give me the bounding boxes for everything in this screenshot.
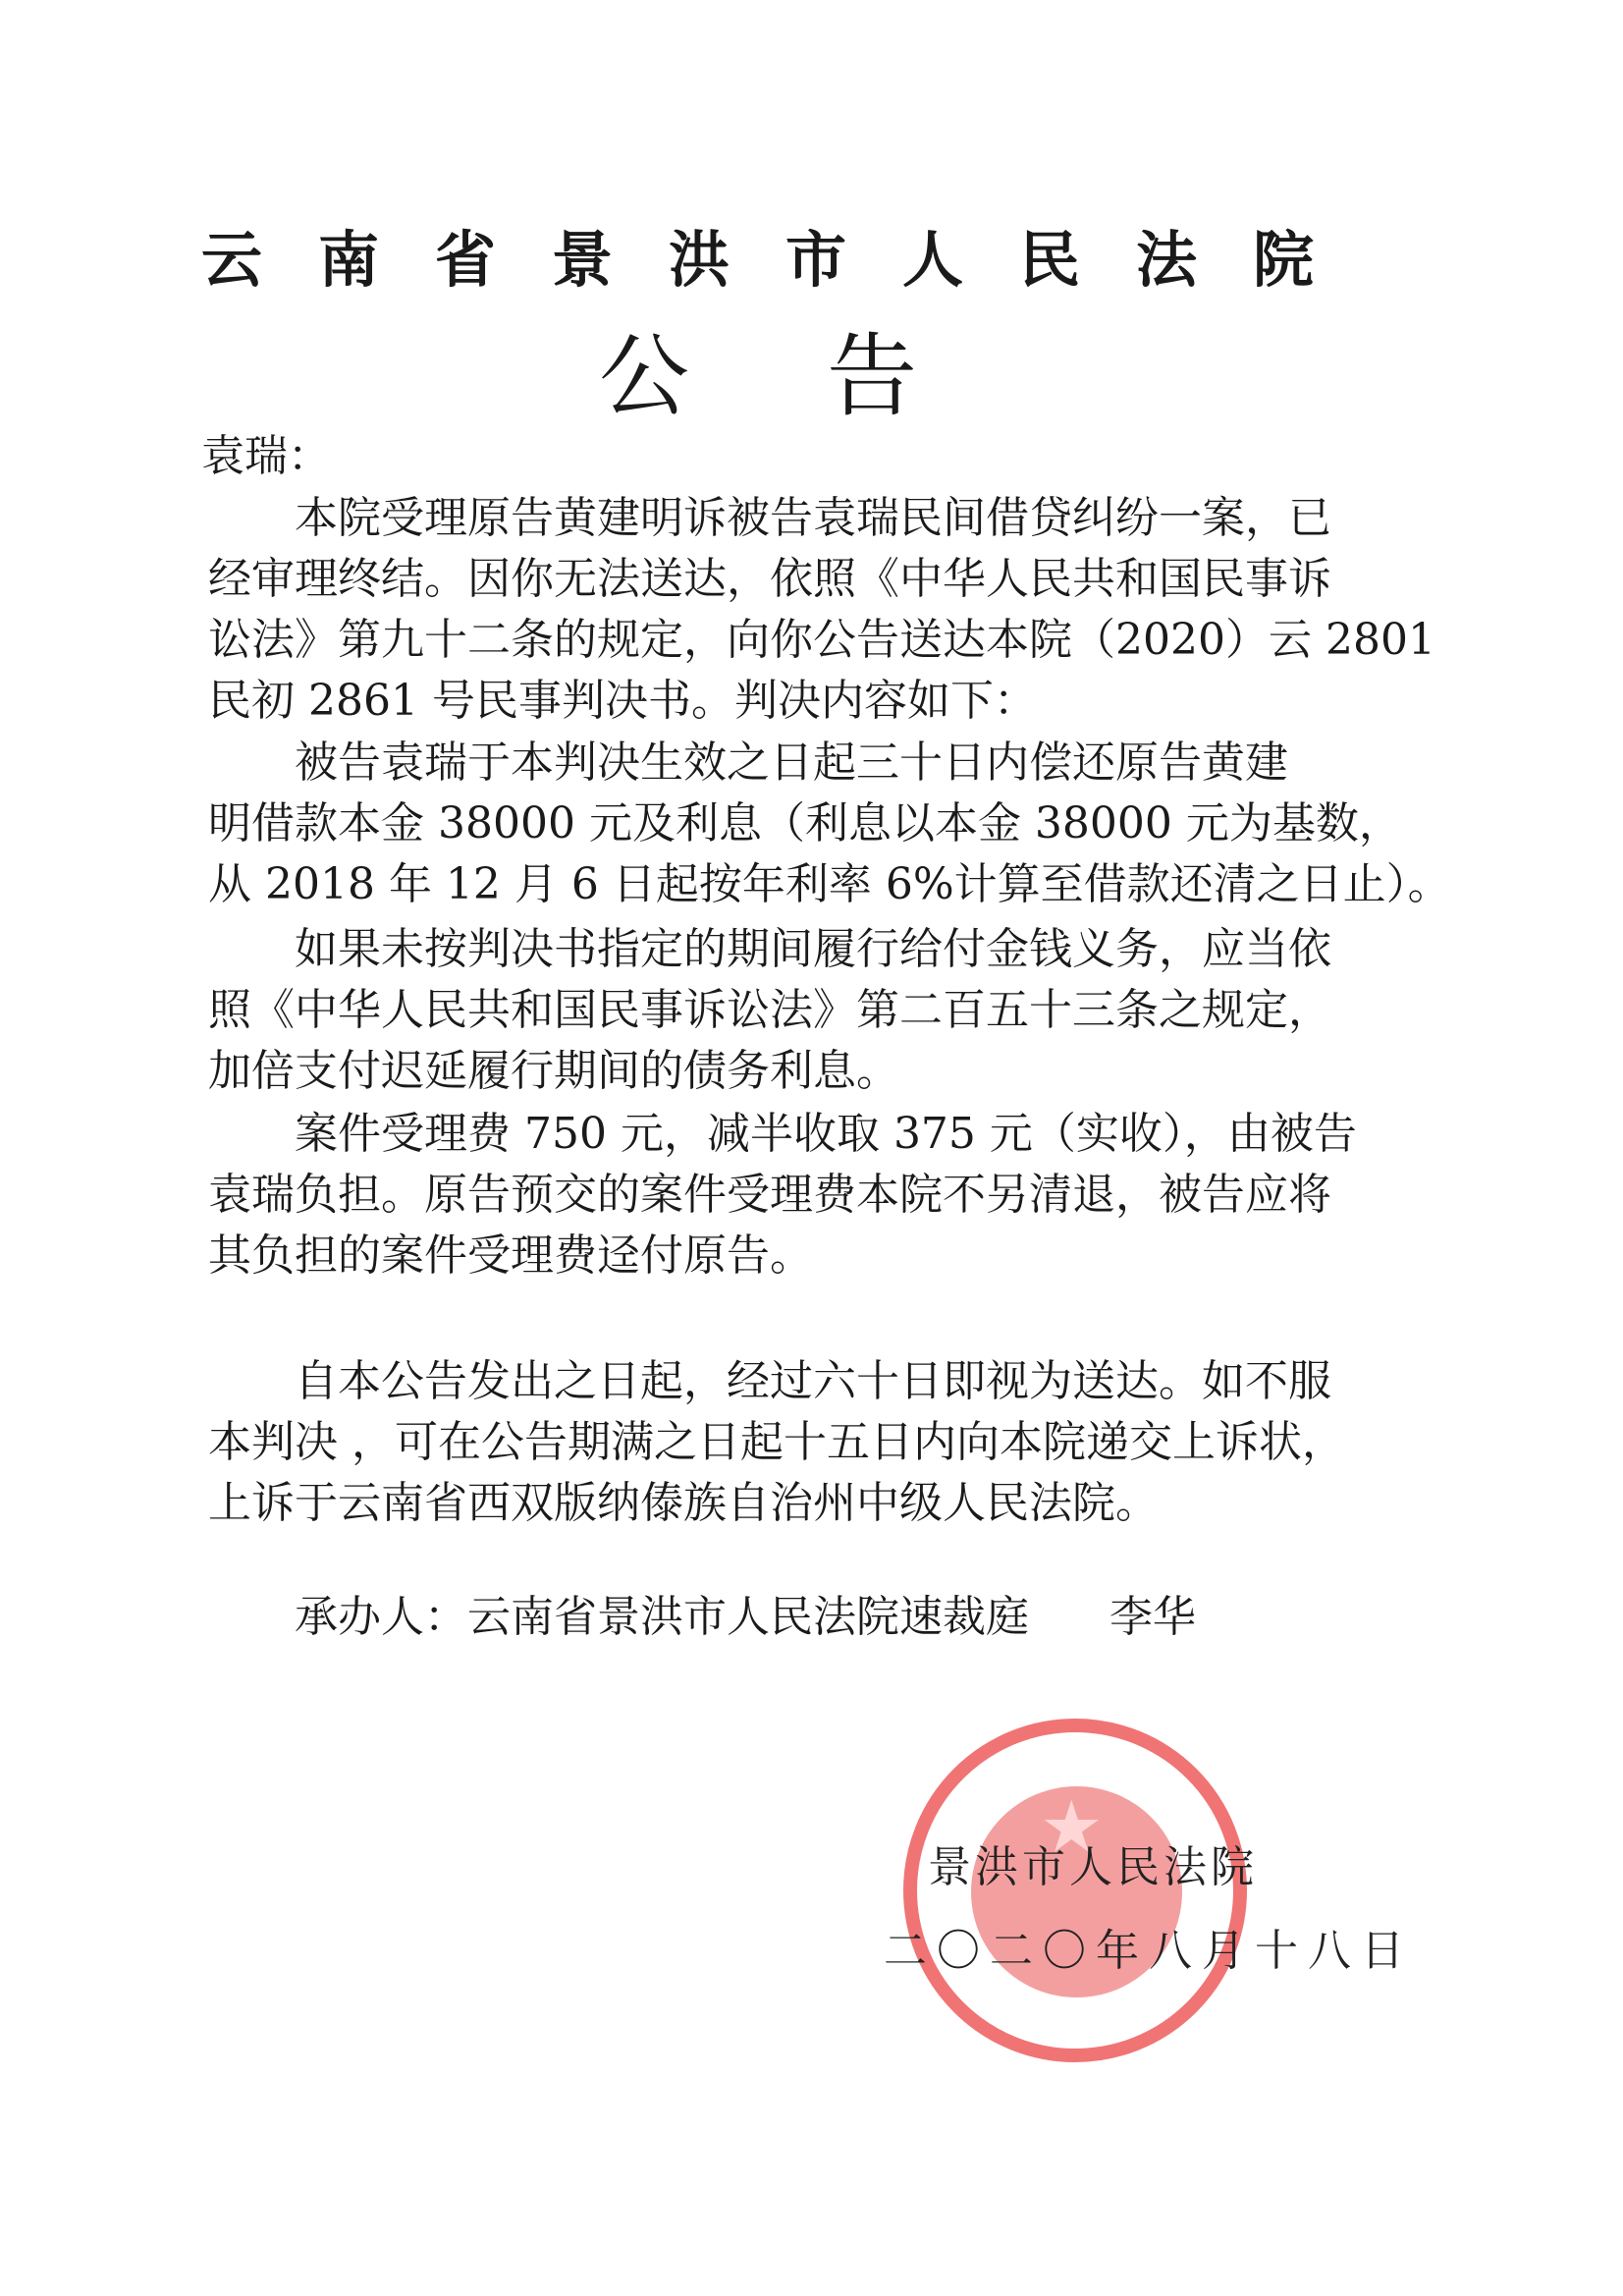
court-name-title: 云南省景洪市人民法院 xyxy=(201,211,1370,299)
paragraph-4-line-1: 案件受理费 750 元，减半收取 375 元（实收），由被告 xyxy=(295,1110,1357,1159)
paragraph-1-line-3: 讼法》第九十二条的规定，向你公告送达本院（2020）云 2801 xyxy=(208,616,1435,665)
paragraph-3-line-2: 照《中华人民共和国民事诉讼法》第二百五十三条之规定， xyxy=(208,986,1331,1035)
paragraph-5-line-1: 自本公告发出之日起，经过六十日即视为送达。如不服 xyxy=(295,1357,1331,1406)
signature-court: 景洪市人民法院 xyxy=(928,1831,1258,1894)
document-type-title: 公告 xyxy=(599,304,1055,434)
paragraph-3-line-1: 如果未按判决书指定的期间履行给付金钱义务，应当依 xyxy=(295,925,1331,974)
paragraph-4-line-2: 袁瑞负担。原告预交的案件受理费本院不另清退，被告应将 xyxy=(208,1171,1331,1220)
paragraph-5-line-3: 上诉于云南省西双版纳傣族自治州中级人民法院。 xyxy=(208,1479,1159,1528)
paragraph-1-line-1: 本院受理原告黄建明诉被告袁瑞民间借贷纠纷一案，已 xyxy=(295,494,1331,543)
paragraph-1-line-4: 民初 2861 号民事判决书。判决内容如下： xyxy=(208,677,1037,726)
addressee: 袁瑞： xyxy=(201,432,331,481)
paragraph-2-line-2: 明借款本金 38000 元及利息（利息以本金 38000 元为基数， xyxy=(208,799,1402,848)
paragraph-2-line-1: 被告袁瑞于本判决生效之日起三十日内偿还原告黄建 xyxy=(295,738,1288,788)
signature-date: 二〇二〇年八月十八日 xyxy=(884,1915,1414,1978)
handler-label: 承办人：云南省景洪市人民法院速裁庭 xyxy=(295,1593,1029,1642)
paragraph-5-line-2: 本判决 ，可在公告期满之日起十五日内向本院递交上诉状， xyxy=(208,1418,1345,1467)
paragraph-1-line-2: 经审理终结。因你无法送达，依照《中华人民共和国民事诉 xyxy=(208,555,1331,604)
paragraph-3-line-3: 加倍支付迟延履行期间的债务利息。 xyxy=(208,1047,899,1096)
handler-name: 李华 xyxy=(1109,1593,1196,1642)
paragraph-2-line-3: 从 2018 年 12 月 6 日起按年利率 6%计算至借款还清之日止）。 xyxy=(208,860,1451,909)
paragraph-4-line-3: 其负担的案件受理费迳付原告。 xyxy=(208,1231,813,1281)
